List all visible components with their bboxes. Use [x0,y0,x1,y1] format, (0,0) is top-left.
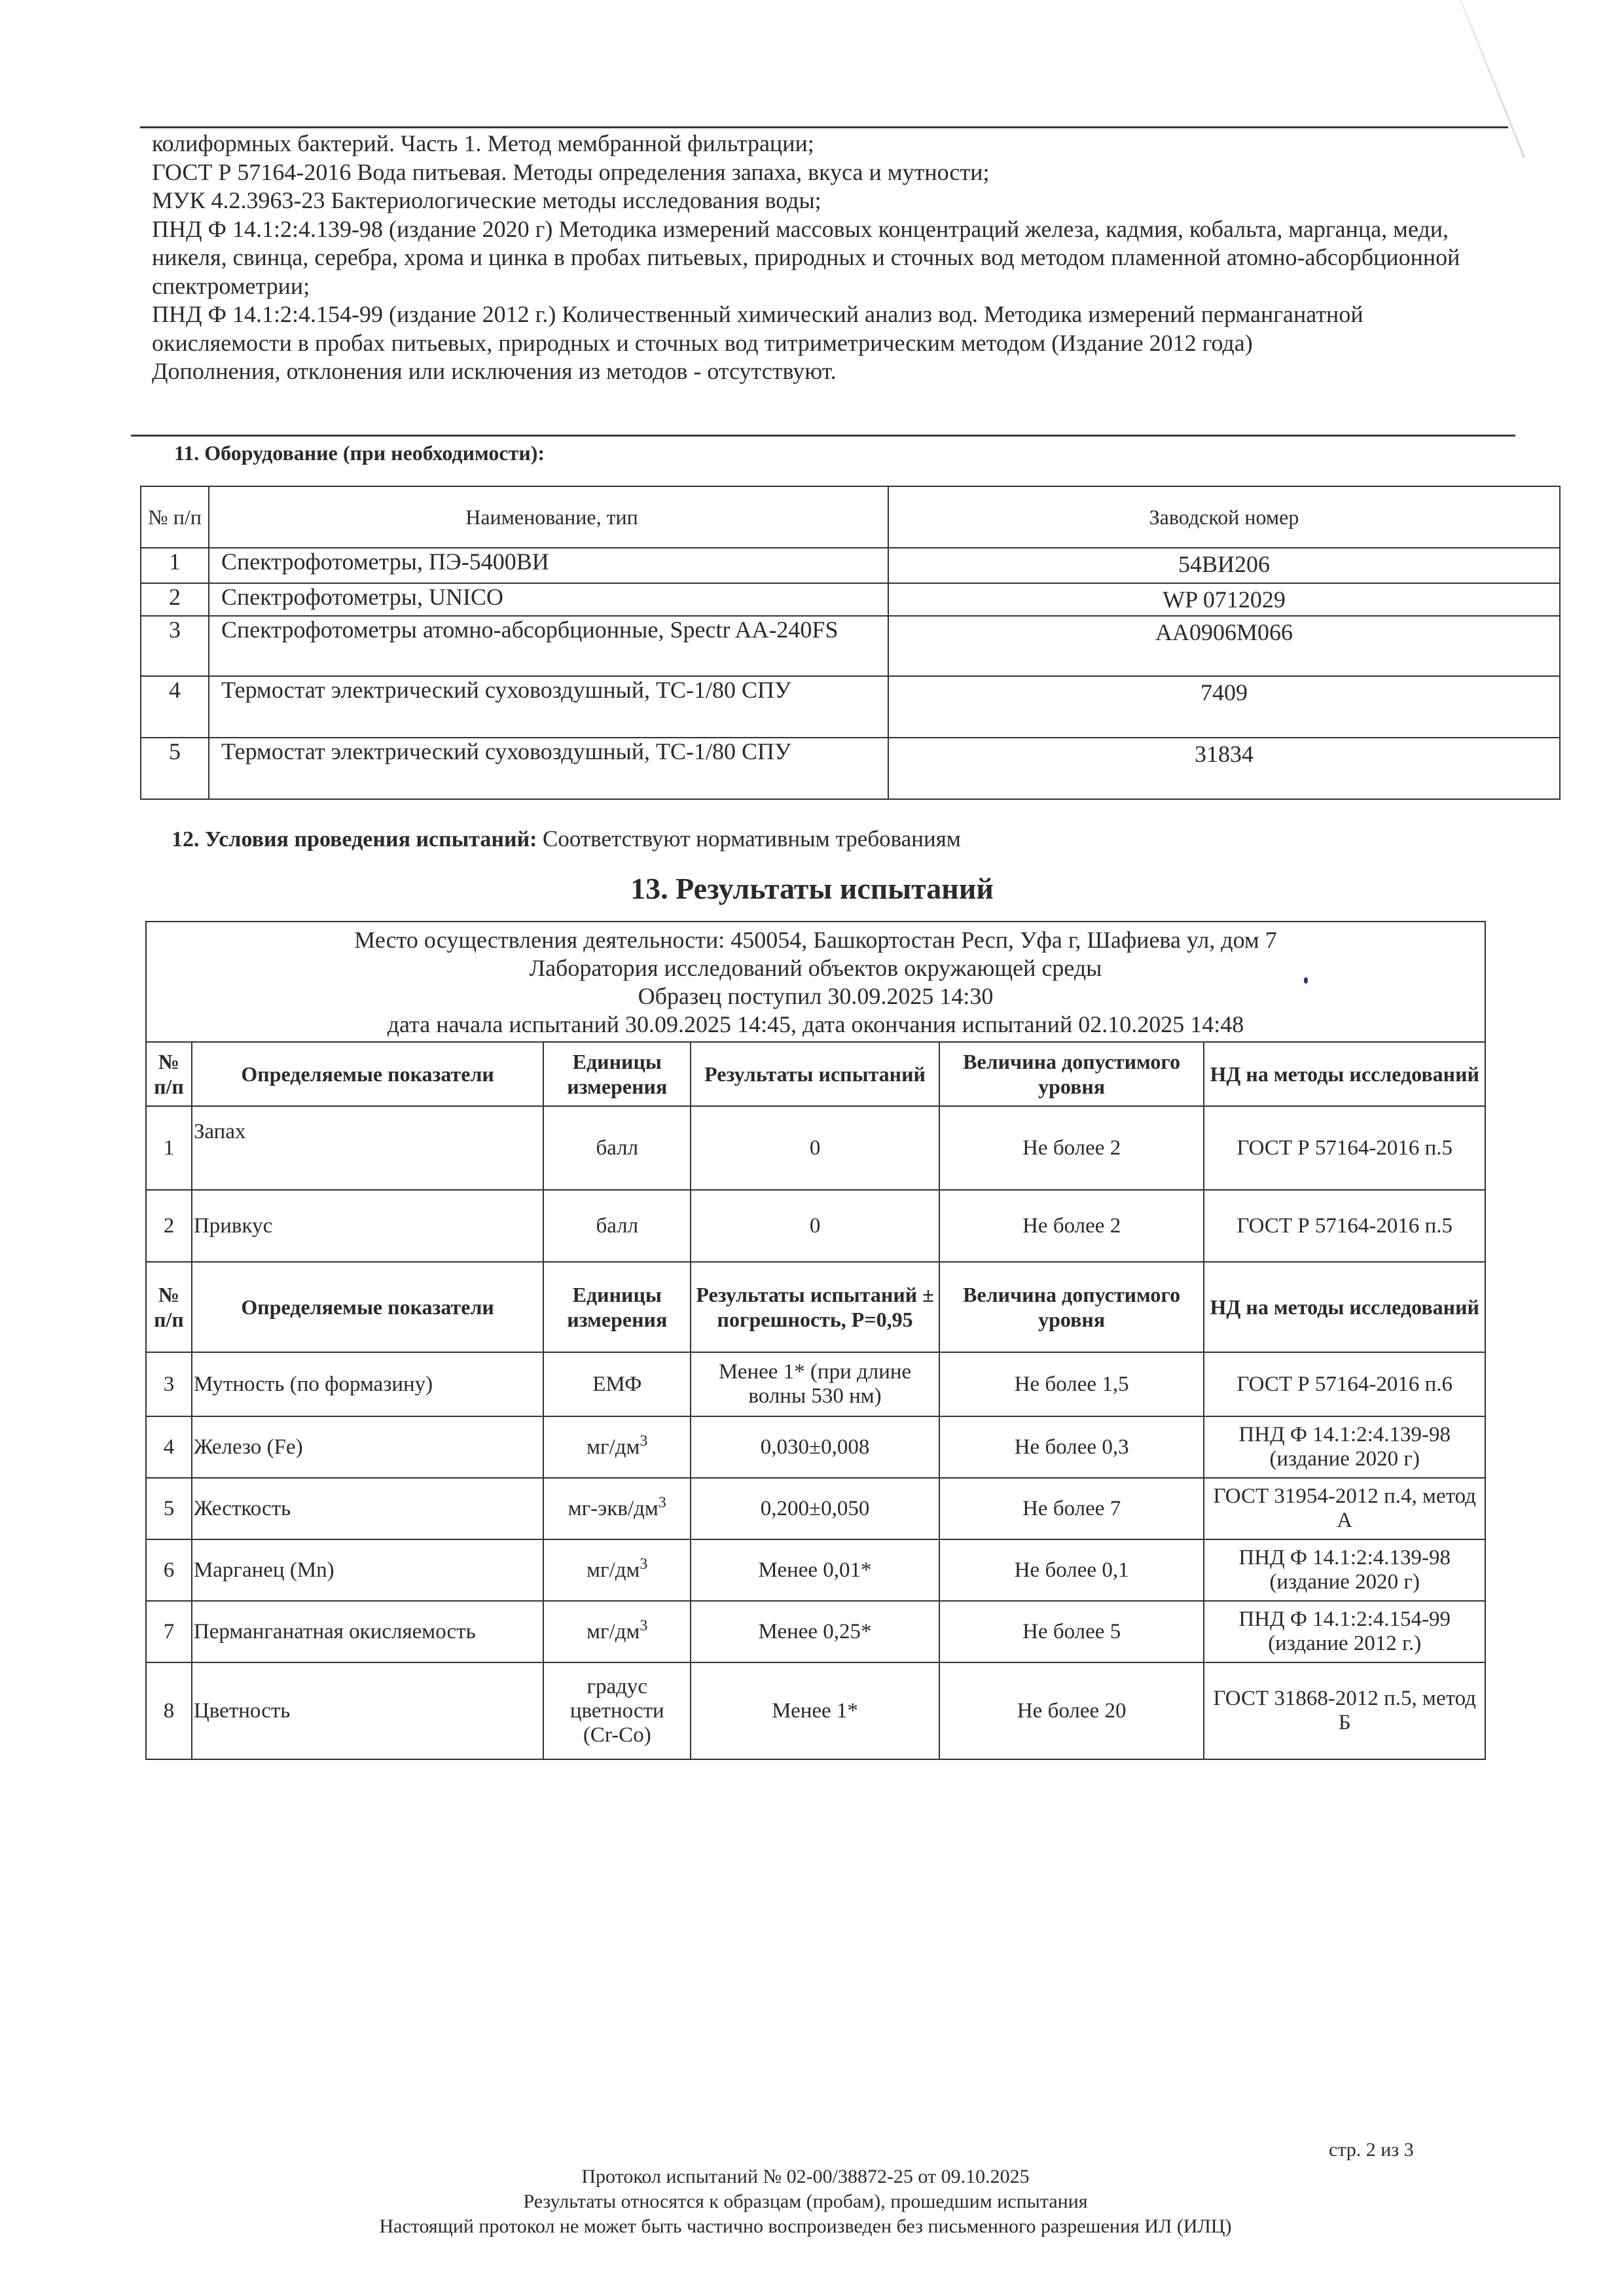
methods-note: Дополнения, отклонения или исключения из… [152,357,1513,386]
indicator-name: Железо (Fe) [192,1416,543,1478]
methods-line: ГОСТ Р 57164-2016 Вода питьевая. Методы … [152,158,1513,187]
equipment-name: Термостат электрический суховоздушный, Т… [209,738,888,799]
row-num: 4 [141,676,209,738]
header-indicator: Определяемые показатели [192,1262,543,1352]
indicator-name: Мутность (по формазину) [192,1352,543,1416]
result-value: Менее 1* [691,1662,939,1759]
methods-line: ПНД Ф 14.1:2:4.139-98 (издание 2020 г) М… [152,215,1487,301]
equipment-serial: AA0906M066 [888,616,1560,676]
page-number: стр. 2 из 3 [1329,2139,1414,2161]
result-value: 0 [691,1190,939,1262]
header-indicator: Определяемые показатели [192,1042,543,1106]
lab-name: Лаборатория исследований объектов окружа… [147,954,1485,982]
limit-value: Не более 1,5 [939,1352,1204,1416]
limit-value: Не более 0,1 [939,1539,1204,1601]
conditions-label: 12. Условия проведения испытаний: [171,827,537,852]
units: ЕМФ [543,1352,691,1416]
footer-note-results: Результаты относятся к образцам (пробам)… [0,2190,1617,2214]
row-num: 5 [141,738,209,799]
method-ref: ГОСТ 31954-2012 п.4, метод А [1204,1478,1485,1539]
header-num: № п/п [146,1262,192,1352]
methods-list: колиформных бактерий. Часть 1. Метод мем… [152,130,1513,386]
units: мг-экв/дм3 [543,1478,691,1539]
limit-value: Не более 7 [939,1478,1204,1539]
equipment-table: № п/п Наименование, тип Заводской номер … [140,486,1561,800]
header-result: Результаты испытаний [691,1042,939,1106]
location-text: Место осуществления деятельности: 450054… [147,926,1485,954]
header-num: № п/п [146,1042,192,1106]
table-row: 1 Запах балл 0 Не более 2 ГОСТ Р 57164-2… [146,1106,1485,1190]
limit-value: Не более 5 [939,1601,1204,1662]
sample-received: Образец поступил 30.09.2025 14:30 [147,982,1485,1011]
table-row: 4 Железо (Fe) мг/дм3 0,030±0,008 Не боле… [146,1416,1485,1478]
indicator-name: Жесткость [192,1478,543,1539]
top-rule [140,126,1508,128]
row-num: 2 [141,583,209,616]
conditions-value: Соответствуют нормативным требованиям [543,826,961,852]
units: мг/дм3 [543,1539,691,1601]
limit-value: Не более 20 [939,1662,1204,1759]
result-value: 0 [691,1106,939,1190]
table-row: 4 Термостат электрический суховоздушный,… [141,676,1560,738]
results-header-row: № п/п Определяемые показатели Единицы из… [146,1262,1485,1352]
limit-value: Не более 2 [939,1106,1204,1190]
result-value: Менее 0,25* [691,1601,939,1662]
header-method: НД на методы исследований [1204,1262,1485,1352]
method-ref: ПНД Ф 14.1:2:4.154-99 (издание 2012 г.) [1204,1601,1485,1662]
header-limit: Величина допустимого уровня [939,1042,1204,1106]
indicator-name: Марганец (Mn) [192,1539,543,1601]
header-name: Наименование, тип [209,486,888,548]
table-row: 2 Спектрофотометры, UNICO WP 0712029 [141,583,1560,616]
equipment-serial: WP 0712029 [888,583,1560,616]
method-ref: ГОСТ Р 57164-2016 п.5 [1204,1106,1485,1190]
equipment-name: Спектрофотометры атомно-абсорбционные, S… [209,616,888,676]
indicator-name: Цветность [192,1662,543,1759]
row-num: 2 [146,1190,192,1262]
equipment-name: Спектрофотометры, UNICO [209,583,888,616]
header-limit: Величина допустимого уровня [939,1262,1204,1352]
methods-line: ПНД Ф 14.1:2:4.154-99 (издание 2012 г.) … [152,300,1435,357]
equipment-name: Термостат электрический суховоздушный, Т… [209,676,888,738]
table-row: 3 Спектрофотометры атомно-абсорбционные,… [141,616,1560,676]
result-value: Менее 1* (при длине волны 530 нм) [691,1352,939,1416]
header-method: НД на методы исследований [1204,1042,1485,1106]
indicator-name: Перманганатная окисляемость [192,1601,543,1662]
method-ref: ГОСТ 31868-2012 п.5, метод Б [1204,1662,1485,1759]
row-num: 8 [146,1662,192,1759]
test-dates: дата начала испытаний 30.09.2025 14:45, … [147,1011,1485,1039]
results-section-title: 13. Результаты испытаний [0,869,1624,908]
table-row: 1 Спектрофотометры, ПЭ-5400ВИ 54ВИ206 [141,548,1560,583]
units: мг/дм3 [543,1416,691,1478]
method-ref: ПНД Ф 14.1:2:4.139-98 (издание 2020 г) [1204,1416,1485,1478]
header-result: Результаты испытаний ± погрешность, Р=0,… [691,1262,939,1352]
header-units: Единицы измерения [543,1042,691,1106]
ink-speck [1304,977,1308,984]
footer-note-reproduction: Настоящий протокол не может быть частичн… [0,2215,1617,2238]
limit-value: Не более 2 [939,1190,1204,1262]
units: мг/дм3 [543,1601,691,1662]
indicator-name: Запах [192,1106,543,1190]
results-info-row: Место осуществления деятельности: 450054… [146,922,1485,1042]
equipment-section-title: 11. Оборудование (при необходимости): [174,440,545,466]
table-row: 6 Марганец (Mn) мг/дм3 Менее 0,01* Не бо… [146,1539,1485,1601]
table-row: 5 Термостат электрический суховоздушный,… [141,738,1560,799]
indicator-name: Привкус [192,1190,543,1262]
equipment-serial: 7409 [888,676,1560,738]
table-row: 7 Перманганатная окисляемость мг/дм3 Мен… [146,1601,1485,1662]
row-num: 1 [141,548,209,583]
row-num: 3 [146,1352,192,1416]
result-value: 0,030±0,008 [691,1416,939,1478]
results-header-row: № п/п Определяемые показатели Единицы из… [146,1042,1485,1106]
method-ref: ГОСТ Р 57164-2016 п.5 [1204,1190,1485,1262]
method-ref: ГОСТ Р 57164-2016 п.6 [1204,1352,1485,1416]
table-row: 8 Цветность градус цветности (Cr-Co) Мен… [146,1662,1485,1759]
header-num: № п/п [141,486,209,548]
result-value: Менее 0,01* [691,1539,939,1601]
row-num: 6 [146,1539,192,1601]
limit-value: Не более 0,3 [939,1416,1204,1478]
row-num: 7 [146,1601,192,1662]
equipment-serial: 54ВИ206 [888,548,1560,583]
result-value: 0,200±0,050 [691,1478,939,1539]
table-row: 3 Мутность (по формазину) ЕМФ Менее 1* (… [146,1352,1485,1416]
row-num: 3 [141,616,209,676]
method-ref: ПНД Ф 14.1:2:4.139-98 (издание 2020 г) [1204,1539,1485,1601]
section-rule [131,435,1515,437]
methods-line: колиформных бактерий. Часть 1. Метод мем… [152,130,1513,158]
units: балл [543,1106,691,1190]
row-num: 1 [146,1106,192,1190]
conditions-line: 12. Условия проведения испытаний: Соотве… [171,826,961,853]
units: градус цветности (Cr-Co) [543,1662,691,1759]
header-units: Единицы измерения [543,1262,691,1352]
results-table: Место осуществления деятельности: 450054… [145,921,1486,1760]
table-row: 2 Привкус балл 0 Не более 2 ГОСТ Р 57164… [146,1190,1485,1262]
row-num: 4 [146,1416,192,1478]
footer-protocol: Протокол испытаний № 02-00/38872-25 от 0… [0,2165,1617,2189]
units: балл [543,1190,691,1262]
equipment-serial: 31834 [888,738,1560,799]
header-serial: Заводской номер [888,486,1560,548]
methods-line: МУК 4.2.3963-23 Бактериологические метод… [152,187,1513,215]
equipment-name: Спектрофотометры, ПЭ-5400ВИ [209,548,888,583]
table-row: 5 Жесткость мг-экв/дм3 0,200±0,050 Не бо… [146,1478,1485,1539]
row-num: 5 [146,1478,192,1539]
equipment-header-row: № п/п Наименование, тип Заводской номер [141,486,1560,548]
